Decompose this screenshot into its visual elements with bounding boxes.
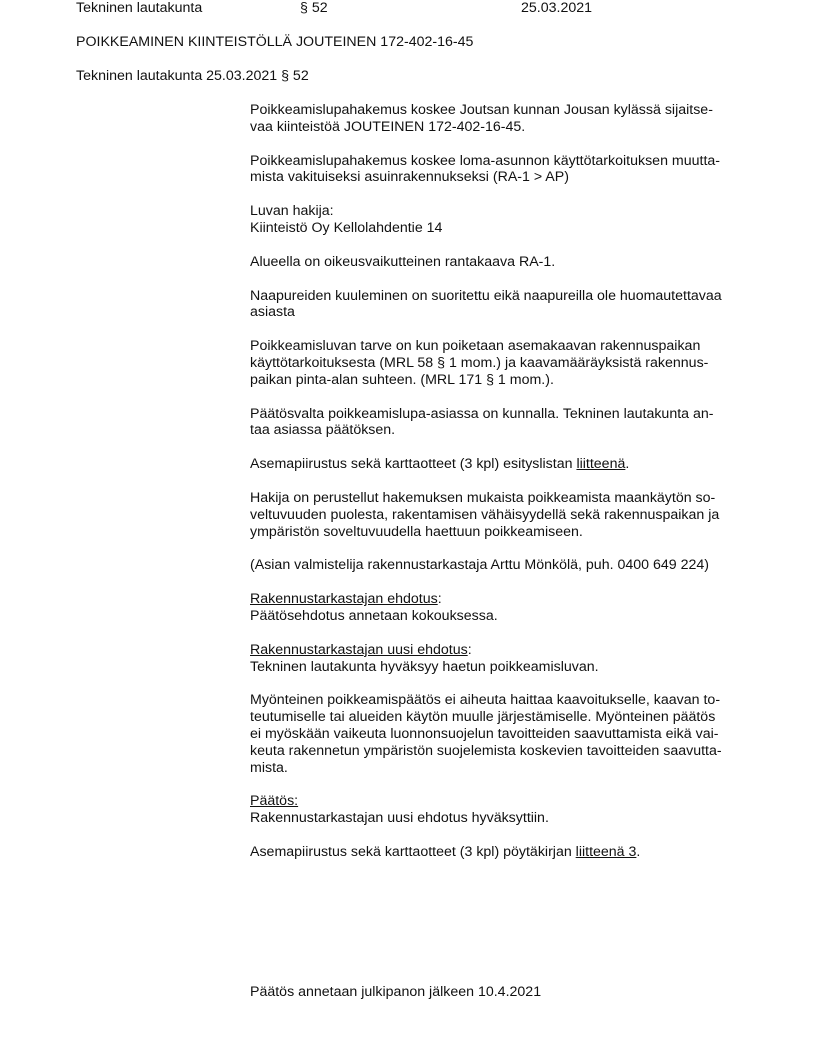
- paragraph-application: Poikkeamislupahakemus koskee Joutsan kun…: [250, 102, 750, 136]
- paragraph-neighbours: Naapureiden kuuleminen on suoritettu eik…: [250, 288, 750, 322]
- header-date: 25.03.2021: [521, 0, 592, 16]
- paragraph-preparer: (Asian valmistelija rakennustarkastaja A…: [250, 557, 750, 574]
- paragraph-decision: Päätös: Rakennustarkastajan uusi ehdotus…: [250, 793, 750, 827]
- text-line: Naapureiden kuuleminen on suoritettu eik…: [250, 288, 750, 305]
- paragraph-plan: Alueella on oikeusvaikutteinen rantakaav…: [250, 254, 750, 271]
- text-line: Hakija on perustellut hakemuksen mukaist…: [250, 490, 750, 507]
- text-line: käyttötarkoituksesta (MRL 58 § 1 mom.) j…: [250, 355, 750, 372]
- minutes-attachment-link[interactable]: liitteenä 3: [576, 844, 637, 860]
- text-line: Poikkeamislupahakemus koskee loma-asunno…: [250, 153, 750, 170]
- paragraph-proposal: Rakennustarkastajan ehdotus: Päätösehdot…: [250, 591, 750, 625]
- footer-note: Päätös annetaan julkipanon jälkeen 10.4.…: [250, 984, 541, 1000]
- new-proposal-heading: Rakennustarkastajan uusi ehdotus: [250, 642, 468, 658]
- text-line: Poikkeamislupahakemus koskee Joutsan kun…: [250, 102, 750, 119]
- text-line: ei myöskään vaikeuta luonnonsuojelun tav…: [250, 726, 750, 743]
- text-line: keuta rakennetun ympäristön suojelemista…: [250, 743, 750, 760]
- text-line: Myönteinen poikkeamispäätös ei aiheuta h…: [250, 692, 750, 709]
- text-line: (Asian valmistelija rakennustarkastaja A…: [250, 557, 750, 574]
- text-line: ympäristön soveltuvuudella haettuun poik…: [250, 524, 750, 541]
- text-line: Luvan hakija:: [250, 203, 750, 220]
- attachment-link[interactable]: liitteenä: [576, 456, 625, 472]
- paragraph-attachment: Asemapiirustus sekä karttaotteet (3 kpl)…: [250, 456, 750, 473]
- meeting-line: Tekninen lautakunta 25.03.2021 § 52: [76, 68, 309, 84]
- paragraph-effects: Myönteinen poikkeamispäätös ei aiheuta h…: [250, 692, 750, 776]
- text-line: Kiinteistö Oy Kellolahdentie 14: [250, 220, 750, 237]
- paragraph-authority: Päätösvalta poikkeamislupa-asiassa on ku…: [250, 406, 750, 440]
- document-body: Poikkeamislupahakemus koskee Joutsan kun…: [250, 102, 750, 878]
- text-line: paikan pinta-alan suhteen. (MRL 171 § 1 …: [250, 372, 750, 389]
- paragraph-justification: Hakija on perustellut hakemuksen mukaist…: [250, 490, 750, 540]
- paragraph-applicant: Luvan hakija:Kiinteistö Oy Kellolahdenti…: [250, 203, 750, 237]
- text-line: mista.: [250, 760, 750, 777]
- document-title: POIKKEAMINEN KIINTEISTÖLLÄ JOUTEINEN 172…: [76, 34, 473, 50]
- text-line: Poikkeamisluvan tarve on kun poiketaan a…: [250, 338, 750, 355]
- text-line: veltuvuuden puolesta, rakentamisen vähäi…: [250, 507, 750, 524]
- proposal-heading: Rakennustarkastajan ehdotus: [250, 591, 438, 607]
- text-line: Alueella on oikeusvaikutteinen rantakaav…: [250, 254, 750, 271]
- header-committee: Tekninen lautakunta: [76, 0, 202, 16]
- paragraph-purpose: Poikkeamislupahakemus koskee loma-asunno…: [250, 153, 750, 187]
- text-line: asiasta: [250, 304, 750, 321]
- text-line: teutumiselle tai alueiden käytön muulle …: [250, 709, 750, 726]
- paragraph-need: Poikkeamisluvan tarve on kun poiketaan a…: [250, 338, 750, 388]
- paragraph-minutes-attachment: Asemapiirustus sekä karttaotteet (3 kpl)…: [250, 844, 750, 861]
- paragraph-new-proposal: Rakennustarkastajan uusi ehdotus: Teknin…: [250, 642, 750, 676]
- text-line: vaa kiinteistöä JOUTEINEN 172-402-16-45.: [250, 119, 750, 136]
- decision-heading: Päätös:: [250, 793, 750, 810]
- text-line: Päätösvalta poikkeamislupa-asiassa on ku…: [250, 406, 750, 423]
- text-line: mista vakituiseksi asuinrakennukseksi (R…: [250, 169, 750, 186]
- header-section: § 52: [300, 0, 328, 16]
- text-line: taa asiassa päätöksen.: [250, 422, 750, 439]
